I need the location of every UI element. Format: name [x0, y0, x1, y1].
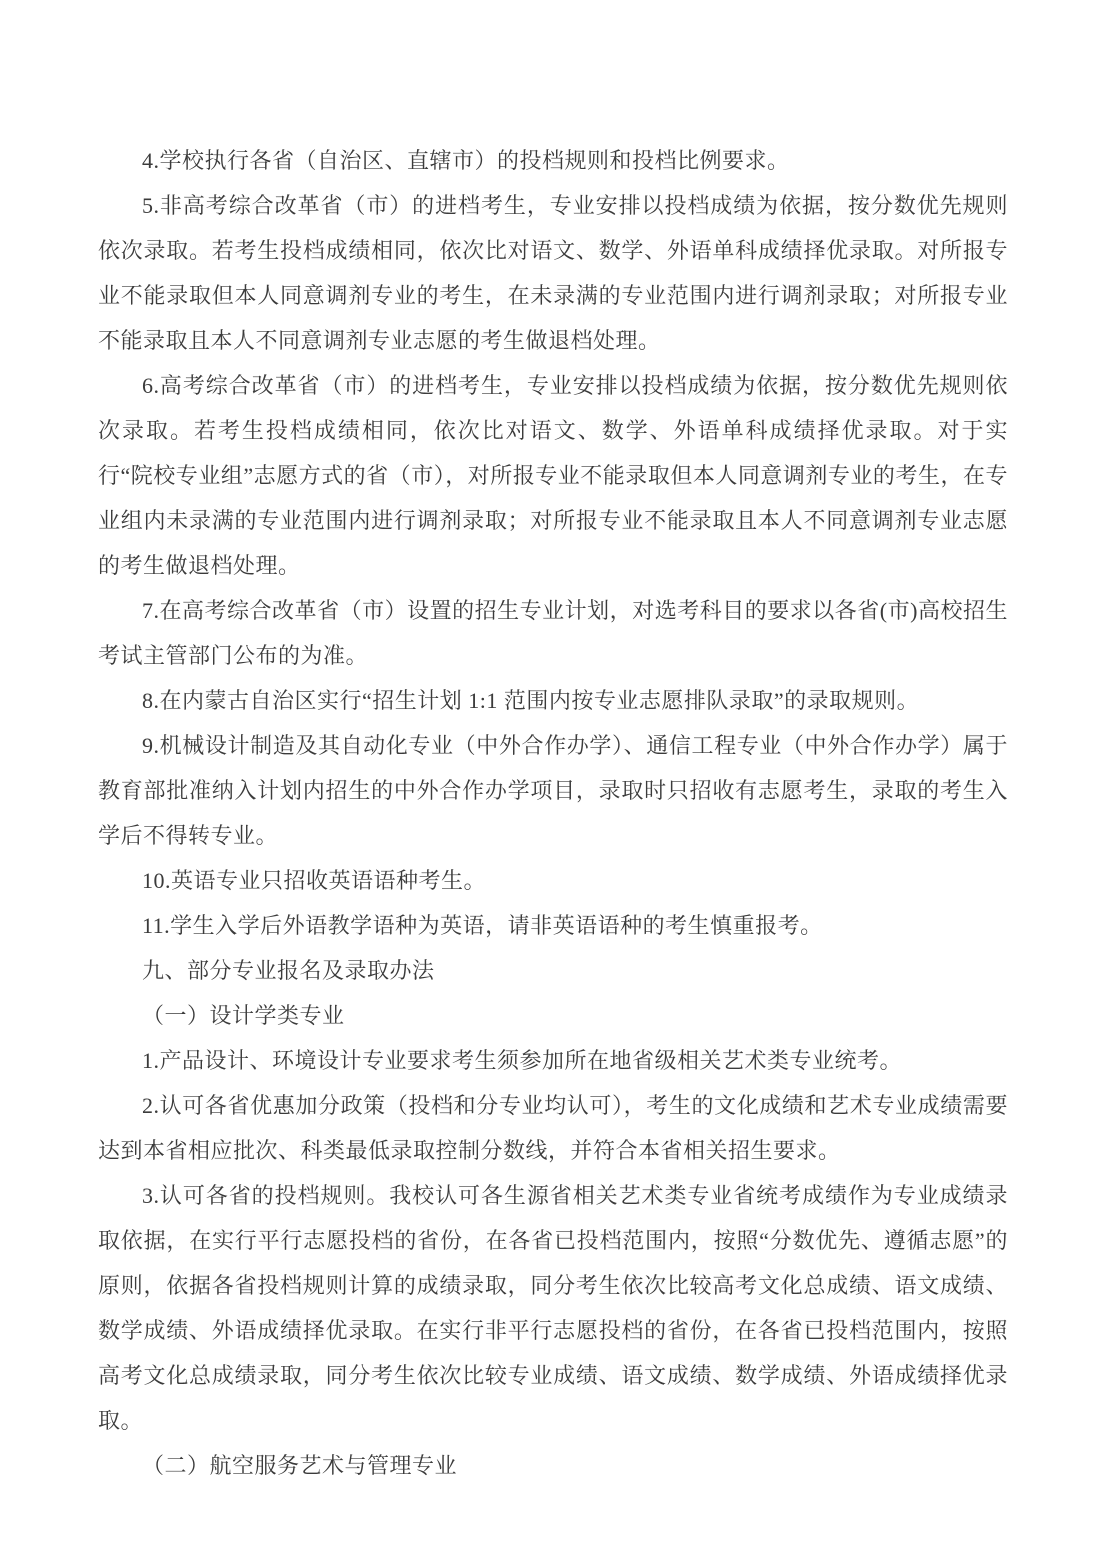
section-heading-nine: 九、部分专业报名及录取办法 [98, 948, 1008, 993]
paragraph-rule-8: 8.在内蒙古自治区实行“招生计划 1:1 范围内按专业志愿排队录取”的录取规则。 [98, 678, 1008, 723]
paragraph-rule-9: 9.机械设计制造及其自动化专业（中外合作办学）、通信工程专业（中外合作办学）属于… [98, 723, 1008, 858]
paragraph-rule-10: 10.英语专业只招收英语语种考生。 [98, 858, 1008, 903]
paragraph-rule-6: 6.高考综合改革省（市）的进档考生，专业安排以投档成绩为依据，按分数优先规则依次… [98, 363, 1008, 588]
paragraph-rule-7: 7.在高考综合改革省（市）设置的招生专业计划，对选考科目的要求以各省(市)高校招… [98, 588, 1008, 678]
paragraph-design-3: 3.认可各省的投档规则。我校认可各生源省相关艺术类专业省统考成绩作为专业成绩录取… [98, 1173, 1008, 1443]
document-page: 4.学校执行各省（自治区、直辖市）的投档规则和投档比例要求。 5.非高考综合改革… [0, 0, 1102, 1559]
paragraph-rule-5: 5.非高考综合改革省（市）的进档考生，专业安排以投档成绩为依据，按分数优先规则依… [98, 183, 1008, 363]
paragraph-rule-11: 11.学生入学后外语教学语种为英语，请非英语语种的考生慎重报考。 [98, 903, 1008, 948]
subsection-heading-aviation-service: （二）航空服务艺术与管理专业 [98, 1443, 1008, 1488]
paragraph-design-1: 1.产品设计、环境设计专业要求考生须参加所在地省级相关艺术类专业统考。 [98, 1038, 1008, 1083]
subsection-heading-design-majors: （一）设计学类专业 [98, 993, 1008, 1038]
paragraph-design-2: 2.认可各省优惠加分政策（投档和分专业均认可），考生的文化成绩和艺术专业成绩需要… [98, 1083, 1008, 1173]
paragraph-rule-4: 4.学校执行各省（自治区、直辖市）的投档规则和投档比例要求。 [98, 138, 1008, 183]
